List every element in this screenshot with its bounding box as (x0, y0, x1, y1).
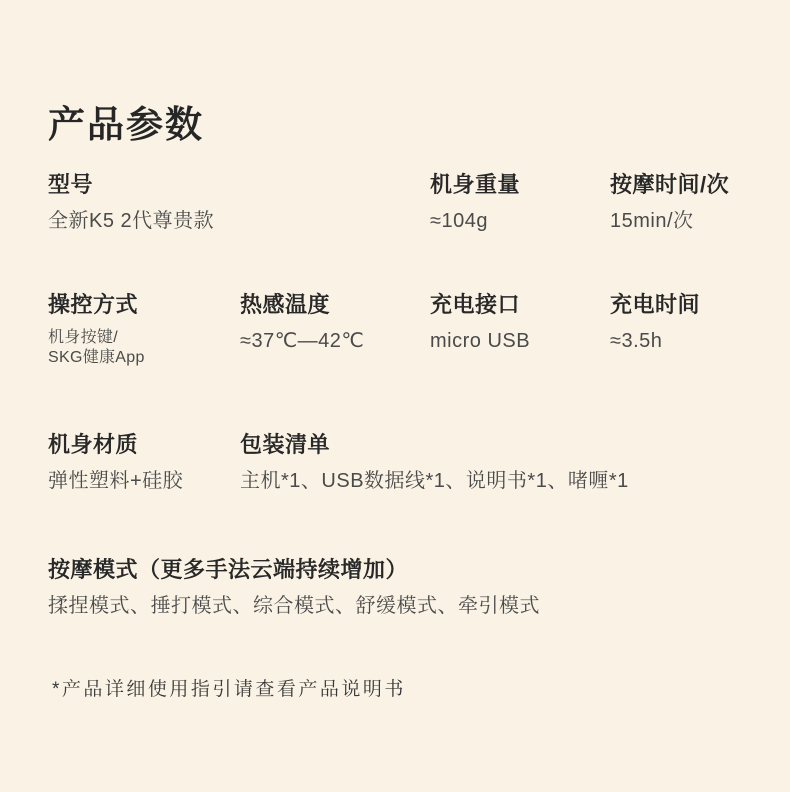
spec-charge-time-value: ≈3.5h (610, 328, 700, 355)
spec-heat-value: ≈37℃—42℃ (240, 328, 364, 355)
spec-weight-label: 机身重量 (430, 170, 520, 200)
spec-massage-time-value: 15min/次 (610, 208, 729, 235)
spec-massage-time: 按摩时间/次 15min/次 (610, 170, 729, 235)
spec-material: 机身材质 弹性塑料+硅胶 (48, 430, 183, 495)
spec-massage-time-label: 按摩时间/次 (610, 170, 729, 200)
spec-heat: 热感温度 ≈37℃—42℃ (240, 290, 364, 355)
footnote: *产品详细使用指引请查看产品说明书 (52, 674, 406, 701)
spec-weight-value: ≈104g (430, 208, 520, 235)
spec-charge-port-value: micro USB (430, 328, 530, 355)
spec-massage-modes: 按摩模式（更多手法云端持续增加） 揉捏模式、捶打模式、综合模式、舒缓模式、牵引模… (48, 555, 540, 620)
spec-control-label: 操控方式 (48, 290, 145, 320)
spec-material-label: 机身材质 (48, 430, 183, 460)
spec-package-value: 主机*1、USB数据线*1、说明书*1、啫喱*1 (240, 468, 629, 495)
spec-charge-time-label: 充电时间 (610, 290, 700, 320)
product-parameters-sheet: 产品参数 型号 全新K5 2代尊贵款 机身重量 ≈104g 按摩时间/次 15m… (0, 0, 790, 792)
spec-charge-time: 充电时间 ≈3.5h (610, 290, 700, 355)
page-title: 产品参数 (48, 105, 204, 146)
spec-massage-modes-label: 按摩模式（更多手法云端持续增加） (48, 555, 540, 585)
spec-massage-modes-value: 揉捏模式、捶打模式、综合模式、舒缓模式、牵引模式 (48, 593, 540, 620)
spec-charge-port-label: 充电接口 (430, 290, 530, 320)
spec-control-value-line1: 机身按键/ (48, 328, 145, 348)
spec-charge-port: 充电接口 micro USB (430, 290, 530, 355)
spec-heat-label: 热感温度 (240, 290, 364, 320)
spec-model-value: 全新K5 2代尊贵款 (48, 208, 214, 235)
spec-control: 操控方式 机身按键/ SKG健康App (48, 290, 145, 368)
spec-material-value: 弹性塑料+硅胶 (48, 468, 183, 495)
spec-model: 型号 全新K5 2代尊贵款 (48, 170, 214, 235)
spec-package-label: 包装清单 (240, 430, 629, 460)
spec-package: 包装清单 主机*1、USB数据线*1、说明书*1、啫喱*1 (240, 430, 629, 495)
spec-control-value-line2: SKG健康App (48, 348, 145, 368)
spec-weight: 机身重量 ≈104g (430, 170, 520, 235)
spec-model-label: 型号 (48, 170, 214, 200)
